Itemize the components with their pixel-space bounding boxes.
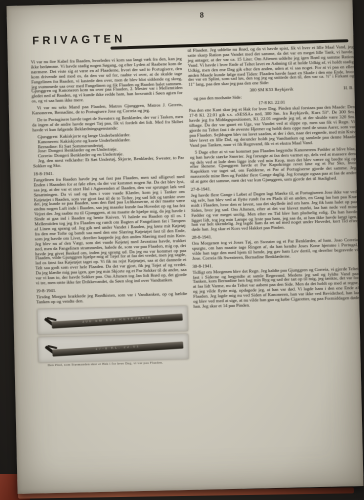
paragraph: Om Morgenen tog vi Joses Tøj, en Sweater… <box>192 238 358 261</box>
right-column: til Flaaden. Jeg uddelte nu Brød, og da … <box>188 45 361 364</box>
paragraph: Tidligt om Morgenen blev det Regn. Jeg k… <box>193 267 360 310</box>
paragraph: Paa den ene Kant skar jeg et Hak for hve… <box>189 106 356 149</box>
photo-caption: Den Pind, som Styrmanden skar et Hak i f… <box>48 361 189 368</box>
paragraph: 5 Dage efter at vi var kommet paa Flaade… <box>190 147 357 185</box>
paragraph: Fangelinen fra Baaden havde jeg sat fast… <box>33 175 186 286</box>
carved-text: 17-8 Kl. 22.01 <box>258 100 285 106</box>
carved-inscription: 17-8 KL. 22.01 <box>95 345 140 351</box>
magazine-page: 8 FRIVAGTEN Vi var nu fire Kabel fra Baa… <box>7 0 364 494</box>
left-column: Vi var nu fire Kabel fra Baaden, hvorled… <box>31 49 189 368</box>
tally-stick-photo-top: 300 SM K53 REYKJAVIK <box>37 306 188 334</box>
signature-initials: H. B. <box>344 86 354 91</box>
text-columns: Vi var nu fire Kabel fra Baaden, hvorled… <box>31 45 361 368</box>
photographed-book-scene: 8 FRIVAGTEN Vi var nu fire Kabel fra Baa… <box>0 0 364 500</box>
paragraph: De to Portugisere havde taget de Sweater… <box>32 115 183 133</box>
carved-text: 300 SM K53 Reykjavik <box>250 87 294 93</box>
paragraph: Jeg, den mest velklædte: Et Sæt Undertøj… <box>33 156 184 169</box>
paragraph: Jeg havde flere Gange i Løbet af Dagen l… <box>191 190 358 233</box>
masthead-title: FRIVAGTEN <box>32 33 126 47</box>
page-number: 8 <box>200 11 204 20</box>
tally-stick-photo-bottom: 17-8 KL. 22.01 <box>38 334 189 362</box>
paragraph: Tirsdag Morgen brækkede jeg Brødkisten, … <box>36 292 187 305</box>
carved-stick: 300 SM K53 REYKJAVIK <box>52 313 183 327</box>
carved-stick: 17-8 KL. 22.01 <box>52 341 183 355</box>
carved-inscription: 300 SM K53 REYKJAVIK <box>82 316 152 324</box>
paragraph: til Flaaden. Jeg uddelte nu Brød, og da … <box>188 45 355 88</box>
paragraph: Vi var nu fire Kabel fra Baaden, hvorled… <box>31 57 183 105</box>
